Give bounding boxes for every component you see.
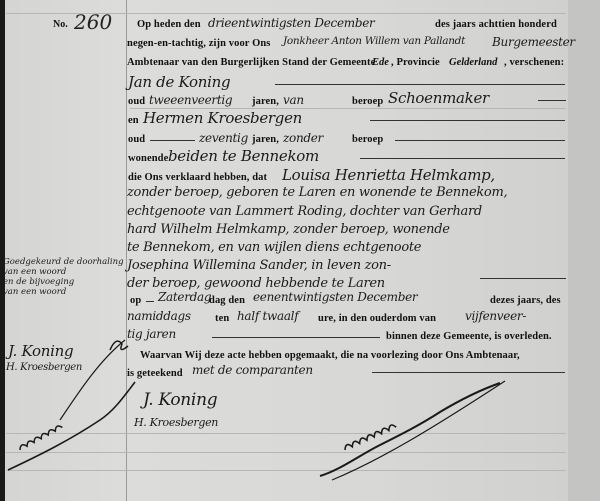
scanned-register-page: No. 260 Op heden den drieentwintigsten D… <box>0 0 600 501</box>
official-paraph-icon <box>0 0 600 501</box>
